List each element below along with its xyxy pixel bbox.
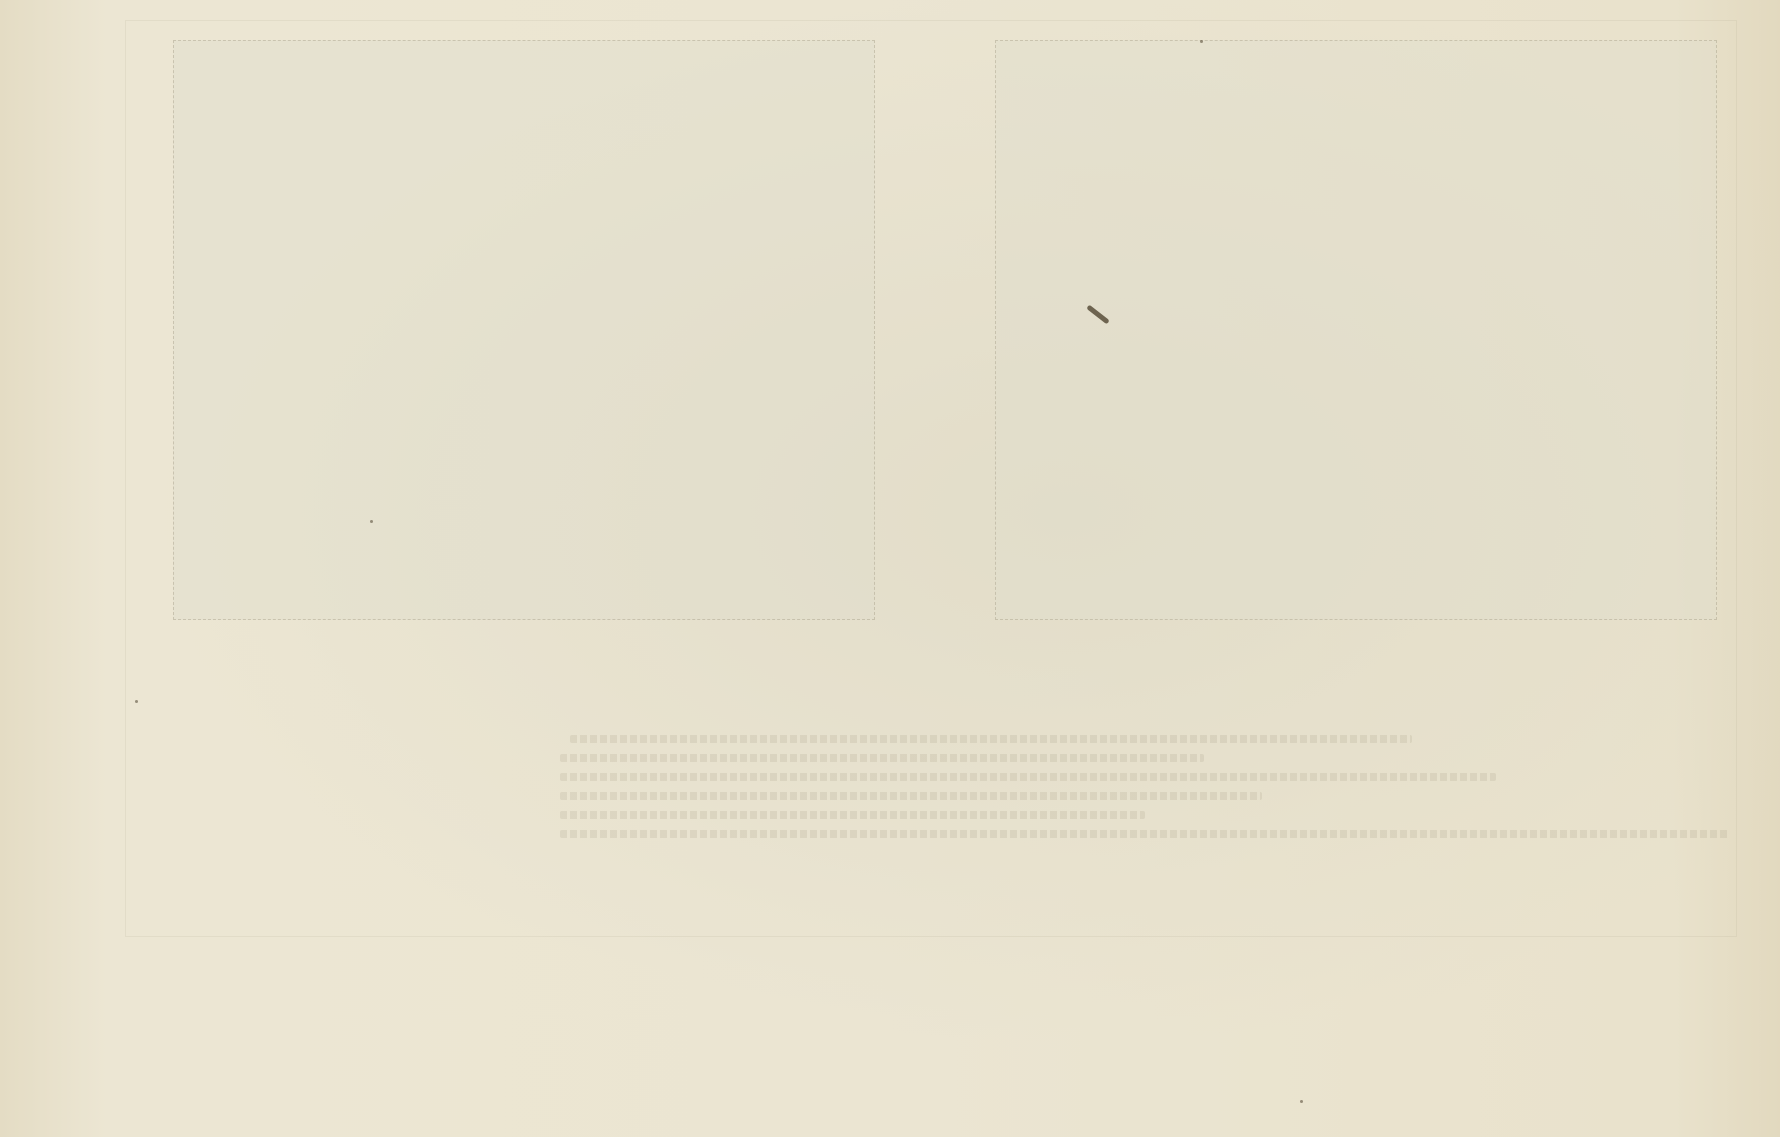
speck <box>370 520 373 523</box>
bleed-through-line <box>560 811 1145 819</box>
bleed-through-line <box>560 773 1496 781</box>
bleed-through-line <box>560 792 1262 800</box>
plate-frame-right <box>995 40 1717 620</box>
speck <box>135 700 138 703</box>
paper-page <box>0 0 1780 1137</box>
bleed-through-line <box>560 754 1204 762</box>
bleed-through-line <box>560 830 1730 838</box>
bleed-through-caption <box>560 735 1730 849</box>
plate-frame-left <box>173 40 875 620</box>
bleed-through-line <box>570 735 1412 743</box>
speck <box>1200 40 1203 43</box>
speck <box>1300 1100 1303 1103</box>
